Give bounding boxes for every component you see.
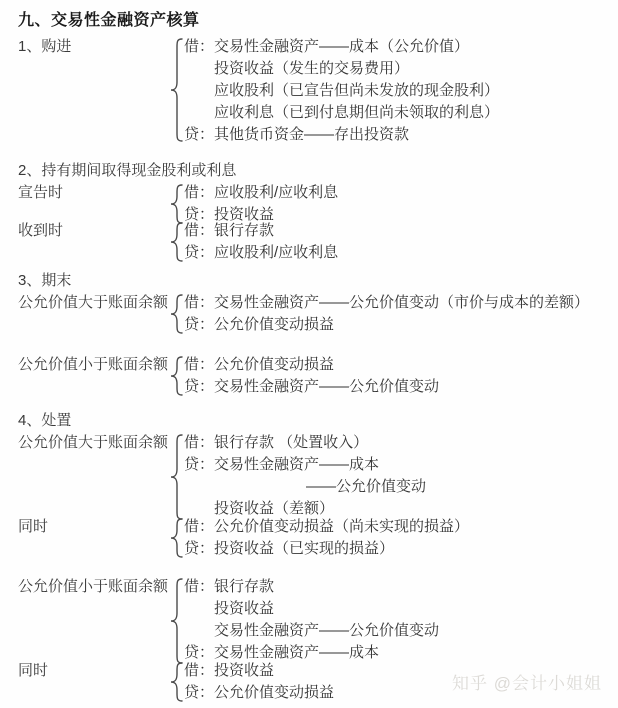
curly-brace-icon — [170, 432, 184, 520]
account-text: 应收利息（已到付息期但尚未领取的利息） — [214, 104, 499, 121]
journal-entry-line: 借：公允价值变动损益 — [184, 354, 618, 376]
account-text: 应收股利/应收利息 — [214, 184, 338, 201]
journal-entry-line: 借：交易性金融资产——公允价值变动（市价与成本的差额） — [184, 292, 618, 314]
journal-entry-line: 交易性金融资产——公允价值变动 — [184, 620, 618, 642]
account-text: 投资收益 — [214, 662, 274, 679]
account-text: 公允价值变动损益 — [214, 316, 334, 333]
journal-entry-line: 借：交易性金融资产——成本（公允价值） — [184, 36, 618, 58]
account-text: 银行存款 — [214, 578, 274, 595]
account-subtext: ——公允价值变动 — [214, 478, 426, 495]
account-text: 其他货币资金——存出投资款 — [214, 126, 409, 143]
journal-entry-line: 借：银行存款 — [184, 220, 618, 242]
group-label: 收到时 — [18, 220, 170, 242]
entry-group-fv-above: 公允价值大于账面余额 借：交易性金融资产——公允价值变动（市价与成本的差额） 贷… — [18, 292, 618, 336]
entry-group-received: 收到时 借：银行存款 贷：应收股利/应收利息 — [18, 220, 618, 264]
entry-group-purchase: 1、购进 借：交易性金融资产——成本（公允价值） 投资收益（发生的交易费用） 应… — [18, 36, 618, 146]
group-label: 同时 — [18, 660, 170, 682]
debit-prefix: 借： — [184, 220, 214, 242]
credit-prefix: 贷： — [184, 242, 214, 264]
account-text: 公允价值变动损益 — [214, 356, 334, 373]
group-label: 公允价值大于账面余额 — [18, 292, 170, 314]
entry-group-disposal-gain: 公允价值大于账面余额 借：银行存款 （处置收入） 贷：交易性金融资产——成本 —… — [18, 432, 618, 520]
page-title: 九、交易性金融资产核算 — [18, 10, 618, 32]
journal-entry-line: 贷：交易性金融资产——成本 — [184, 454, 618, 476]
account-text: 交易性金融资产——成本（公允价值） — [214, 38, 469, 55]
credit-prefix: 贷： — [184, 682, 214, 704]
account-text: 交易性金融资产——成本 — [214, 644, 379, 661]
debit-prefix: 借： — [184, 432, 214, 454]
journal-entries: 借：银行存款 （处置收入） 贷：交易性金融资产——成本 ——公允价值变动 投资收… — [184, 432, 618, 520]
journal-entry-line: ——公允价值变动 — [184, 476, 618, 498]
group-label: 同时 — [18, 516, 170, 538]
journal-entry-line: 贷：应收股利/应收利息 — [184, 242, 618, 264]
credit-prefix: 贷： — [184, 454, 214, 476]
journal-entry-line: 投资收益 — [184, 598, 618, 620]
journal-entries: 借：银行存款 投资收益 交易性金融资产——公允价值变动 贷：交易性金融资产——成… — [184, 576, 618, 664]
section-heading: 3、期末 — [18, 270, 618, 292]
curly-brace-icon — [170, 36, 184, 142]
debit-prefix: 借： — [184, 36, 214, 58]
group-label: 1、购进 — [18, 36, 170, 58]
journal-entries: 借：交易性金融资产——成本（公允价值） 投资收益（发生的交易费用） 应收股利（已… — [184, 36, 618, 146]
group-label: 公允价值大于账面余额 — [18, 432, 170, 454]
curly-brace-icon — [170, 660, 184, 702]
account-text: 银行存款 — [214, 222, 274, 239]
account-text: 应收股利（已宣告但尚未发放的现金股利） — [214, 82, 499, 99]
account-text: 公允价值变动损益（尚未实现的损益） — [214, 518, 469, 535]
credit-prefix: 贷： — [184, 314, 214, 336]
section-heading: 2、持有期间取得现金股利或利息 — [18, 160, 618, 182]
journal-entries: 借：公允价值变动损益 贷：交易性金融资产——公允价值变动 — [184, 354, 618, 398]
journal-entry-line: 贷：投资收益（已实现的损益） — [184, 538, 618, 560]
debit-prefix: 借： — [184, 292, 214, 314]
debit-prefix: 借： — [184, 516, 214, 538]
account-text: 交易性金融资产——公允价值变动（市价与成本的差额） — [214, 294, 589, 311]
debit-prefix: 借： — [184, 660, 214, 682]
curly-brace-icon — [170, 292, 184, 334]
curly-brace-icon — [170, 220, 184, 262]
journal-entry-line: 借：银行存款 （处置收入） — [184, 432, 618, 454]
credit-prefix: 贷： — [184, 124, 214, 146]
entry-group-disposal-loss: 公允价值小于账面余额 借：银行存款 投资收益 交易性金融资产——公允价值变动 贷… — [18, 576, 618, 664]
entry-group-fv-below: 公允价值小于账面余额 借：公允价值变动损益 贷：交易性金融资产——公允价值变动 — [18, 354, 618, 398]
credit-prefix: 贷： — [184, 538, 214, 560]
account-text: 银行存款 （处置收入） — [214, 434, 368, 451]
group-label: 公允价值小于账面余额 — [18, 576, 170, 598]
curly-brace-icon — [170, 182, 184, 224]
curly-brace-icon — [170, 516, 184, 558]
debit-prefix: 借： — [184, 354, 214, 376]
debit-prefix: 借： — [184, 182, 214, 204]
journal-entry-line: 投资收益（发生的交易费用） — [184, 58, 618, 80]
account-text: 投资收益（差额） — [214, 500, 334, 517]
curly-brace-icon — [170, 354, 184, 396]
journal-entry-line: 应收利息（已到付息期但尚未领取的利息） — [184, 102, 618, 124]
account-text: 投资收益（已实现的损益） — [214, 540, 394, 557]
account-text: 投资收益（发生的交易费用） — [214, 60, 409, 77]
journal-entry-line: 应收股利（已宣告但尚未发放的现金股利） — [184, 80, 618, 102]
account-text: 交易性金融资产——公允价值变动 — [214, 622, 439, 639]
account-text: 交易性金融资产——成本 — [214, 456, 379, 473]
group-label: 宣告时 — [18, 182, 170, 204]
journal-entry-line: 借：银行存款 — [184, 576, 618, 598]
journal-entry-line: 借：公允价值变动损益（尚未实现的损益） — [184, 516, 618, 538]
account-text: 应收股利/应收利息 — [214, 244, 338, 261]
credit-prefix: 贷： — [184, 376, 214, 398]
section-heading: 4、处置 — [18, 410, 618, 432]
journal-entry-line: 贷：其他货币资金——存出投资款 — [184, 124, 618, 146]
journal-entries: 借：公允价值变动损益（尚未实现的损益） 贷：投资收益（已实现的损益） — [184, 516, 618, 560]
journal-entries: 借：交易性金融资产——公允价值变动（市价与成本的差额） 贷：公允价值变动损益 — [184, 292, 618, 336]
zhihu-watermark: 知乎 @会计小姐姐 — [452, 669, 602, 694]
journal-entry-line: 贷：公允价值变动损益 — [184, 314, 618, 336]
account-text: 投资收益 — [214, 600, 274, 617]
entry-group-simultaneous: 同时 借：公允价值变动损益（尚未实现的损益） 贷：投资收益（已实现的损益） — [18, 516, 618, 560]
curly-brace-icon — [170, 576, 184, 664]
account-text: 交易性金融资产——公允价值变动 — [214, 378, 439, 395]
debit-prefix: 借： — [184, 576, 214, 598]
notes-page: 九、交易性金融资产核算 1、购进 借：交易性金融资产——成本（公允价值） 投资收… — [0, 0, 618, 708]
account-text: 公允价值变动损益 — [214, 684, 334, 701]
group-label: 公允价值小于账面余额 — [18, 354, 170, 376]
journal-entry-line: 借：应收股利/应收利息 — [184, 182, 618, 204]
journal-entry-line: 贷：交易性金融资产——公允价值变动 — [184, 376, 618, 398]
journal-entries: 借：银行存款 贷：应收股利/应收利息 — [184, 220, 618, 264]
